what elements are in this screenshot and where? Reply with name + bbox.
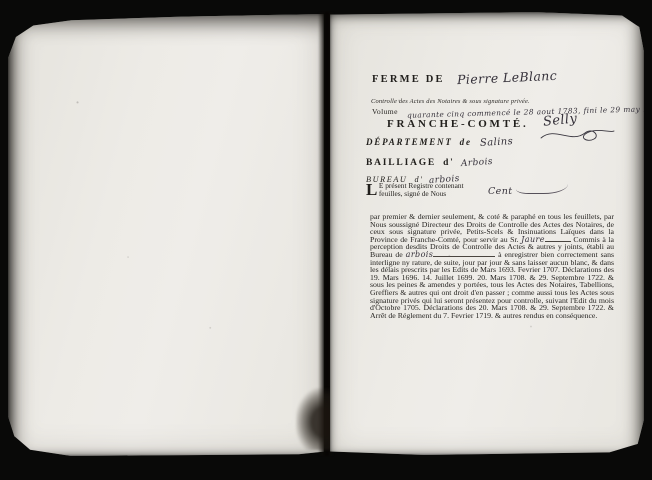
ferme-de-handwritten-name: Pierre LeBlanc: [456, 68, 557, 87]
province-line: FRANCHE-COMTÉ.: [387, 114, 529, 132]
bailliage-label: BAILLIAGE: [366, 158, 436, 168]
registre-folio-count: Cent: [488, 181, 568, 199]
body-paragraph: par premier & dernier seulement, & coté …: [370, 213, 614, 319]
scanned-book-spread: FERME DE Pierre LeBlanc Controlle des Ac…: [0, 0, 652, 480]
ferme-de-line: FERME DE Pierre LeBlanc: [372, 69, 557, 87]
bailliage-d: d': [443, 158, 455, 168]
registre-line2: feuilles, signé de Nous: [379, 189, 446, 198]
left-blank-page: [8, 14, 324, 456]
right-title-page: FERME DE Pierre LeBlanc Controlle des Ac…: [330, 12, 644, 455]
bailliage-line: BAILLIAGE d' Arbois: [366, 152, 492, 170]
sr-filler-rule: [545, 237, 571, 242]
registre-dropcap: L: [366, 182, 377, 197]
departement-line: DÉPARTEMENT de Salins: [366, 132, 513, 150]
province-title: FRANCHE-COMTÉ.: [387, 118, 529, 130]
signature-flourish: [537, 124, 617, 146]
body-part3: à enregistrer bien correctement sans int…: [370, 250, 614, 320]
folio-count-flourish-rule: [516, 184, 568, 194]
departement-label: DÉPARTEMENT: [366, 137, 453, 147]
director-signature: Selly: [543, 111, 618, 151]
bureau-filler-rule: [433, 252, 495, 257]
folio-count-handwritten: Cent: [488, 186, 512, 197]
ferme-de-label: FERME DE: [372, 74, 445, 85]
bailliage-handwritten-value: Arbois: [460, 157, 493, 169]
departement-handwritten-value: Salins: [480, 136, 514, 149]
departement-de: de: [460, 137, 472, 147]
